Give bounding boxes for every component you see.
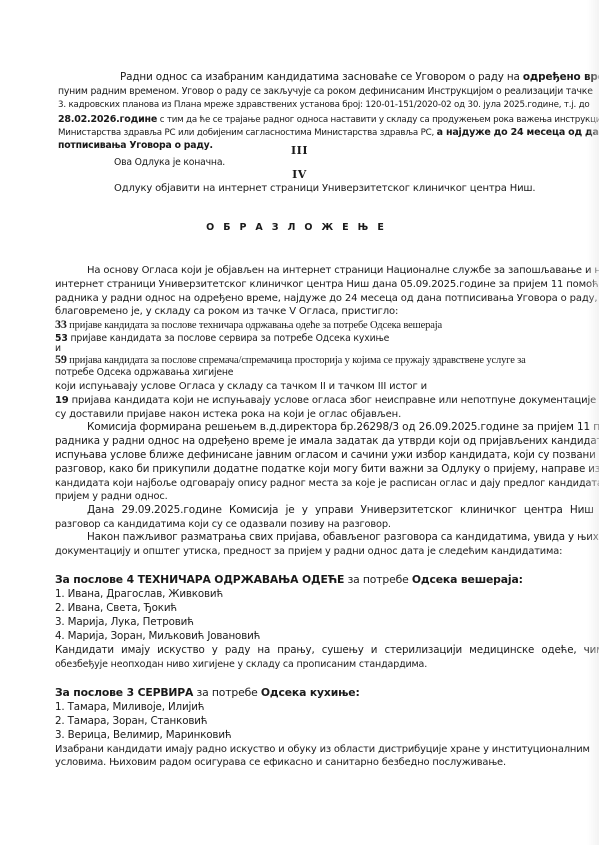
text: За послове: [55, 686, 127, 699]
candidate-item: 3. Верица, Велимир, Маринковић: [55, 729, 231, 742]
intro-line-1: Радни однос са изабраним кандидатима зас…: [120, 71, 599, 84]
scan-edge-shadow: [587, 0, 599, 845]
explanation-p2-line-4: разговор, како би прикупили додатне пода…: [55, 463, 599, 476]
count-text: пријаве кандидата за послове техничара о…: [67, 320, 442, 331]
department-name: Одсека вешераја:: [412, 573, 523, 586]
section-numeral-iii: III: [0, 144, 599, 157]
candidate-item: 3. Марија, Лука, Петровић: [55, 616, 194, 629]
explanation-p1-line-1: На основу Огласа који је објављен на инт…: [87, 264, 599, 277]
bold-date: 28.02.2026.године: [58, 114, 157, 125]
text: за потребе: [193, 686, 261, 699]
count-text: пријава кандидата за послове спремача/сп…: [67, 355, 526, 366]
group-kitchen-note-line-1: Изабрани кандидати имају радно искуство …: [55, 743, 590, 756]
candidate-item: 2. Ивана, Света, Ђокић: [55, 602, 177, 615]
group-kitchen-note-line-2: условима. Њиховим радом осигурава се ефи…: [55, 756, 506, 769]
explanation-p4-line-1: Након пажљивог разматрања свих пријава, …: [87, 531, 599, 544]
intro-line-4: 28.02.2026.године с тим да ће се трајање…: [58, 113, 599, 127]
text: за потребе: [344, 573, 412, 586]
count-item-59-continuation: потребе Одсека одржавања хигијене: [55, 366, 233, 379]
explanation-p2-line-5: кандидата који најбоље одговарају опису …: [55, 477, 599, 490]
group-kitchen-heading: За послове 3 СЕРВИРА за потребе Одсека к…: [55, 686, 360, 699]
explanation-p1-line-3: радника у радни однос на одређено време,…: [55, 292, 597, 305]
count-item-33: 33 пријаве кандидата за послове техничар…: [55, 318, 442, 332]
intro-line-2: пуним радним временом. Уговор о раду се …: [58, 85, 593, 98]
count-number: 59: [55, 352, 67, 366]
explanation-p1-line-4: благовремено је, у складу са роком из та…: [55, 305, 398, 318]
explanation-p3-line-2: разговор са кандидатима који су се одазв…: [55, 518, 391, 531]
conditions-line: који испуњавају услове Огласа у складу с…: [55, 380, 427, 393]
text: Радни однос са изабраним кандидатима зас…: [120, 71, 523, 83]
text: с тим да ће се трајање радног односа нас…: [157, 115, 599, 125]
section-iv-text: Одлуку објавити на интернет страници Уни…: [114, 182, 535, 195]
bold-term: а најдуже до 24 месеца од дана: [437, 127, 599, 138]
explanation-p1-line-2: интернет страници Универзитетског клинич…: [55, 278, 599, 291]
explanation-p4-line-2: документацију и општег утиска, предност …: [55, 545, 562, 558]
candidate-item: 4. Марија, Зоран, Миљковић Јовановић: [55, 630, 260, 643]
candidate-item: 1. Тамара, Миливоје, Илијић: [55, 701, 204, 714]
count-item-53: 53 пријаве кандидата за послове сервира …: [55, 332, 389, 345]
document-page: Радни однос са изабраним кандидатима зас…: [0, 0, 599, 845]
intro-line-5: Министарства здравља РС или добијеним са…: [58, 126, 599, 140]
explanation-p2-line-3: испуњава услове ближе дефинисане јавним …: [55, 449, 599, 462]
section-numeral-iv: IV: [0, 168, 599, 181]
candidate-item: 1. Ивана, Драгослав, Живковић: [55, 588, 223, 601]
count-text: пријаве кандидата за послове сервира за …: [68, 333, 390, 344]
count-item-59: 59 пријава кандидата за послове спремача…: [55, 353, 526, 367]
explanation-p2-line-6: пријем у радни однос.: [55, 490, 168, 503]
candidate-item: 2. Тамара, Зоран, Станковић: [55, 715, 207, 728]
intro-line-3: 3. кадровских планова из Плана мреже здр…: [58, 99, 590, 112]
explanation-p2-line-1: Комисија формирана решењем в.д.директора…: [87, 421, 599, 434]
group-laundry-heading: За послове 4 ТЕХНИЧАРА ОДРЖАВАЊА ОДЕЋЕ з…: [55, 573, 523, 586]
department-name: Одсека кухиње:: [261, 686, 360, 699]
explanation-p3-line-1: Дана 29.09.2025.године Комисија је у упр…: [87, 504, 599, 517]
explanation-heading: ОБРАЗЛОЖЕЊЕ: [0, 222, 599, 233]
position-title: 4 ТЕХНИЧАРА ОДРЖАВАЊА ОДЕЋЕ: [127, 573, 345, 586]
text: Министарства здравља РС или добијеним са…: [58, 128, 437, 138]
count-text: пријава кандидата који не испуњавају усл…: [69, 395, 599, 406]
group-laundry-note-line-2: обезбеђује неопходан ниво хигијене у скл…: [55, 658, 427, 671]
count-number: 33: [55, 317, 67, 331]
position-title: 3 СЕРВИРА: [127, 686, 194, 699]
group-laundry-note-line-1: Кандидати имају искуство у раду на прању…: [55, 644, 599, 657]
text: За послове: [55, 573, 127, 586]
count-item-19-continuation: су доставили пријаве након истека рока н…: [55, 408, 401, 421]
count-number: 19: [55, 395, 69, 406]
explanation-p2-line-2: радника у радни однос на одређено време …: [55, 435, 599, 448]
count-item-19: 19 пријава кандидата који не испуњавају …: [55, 394, 599, 407]
